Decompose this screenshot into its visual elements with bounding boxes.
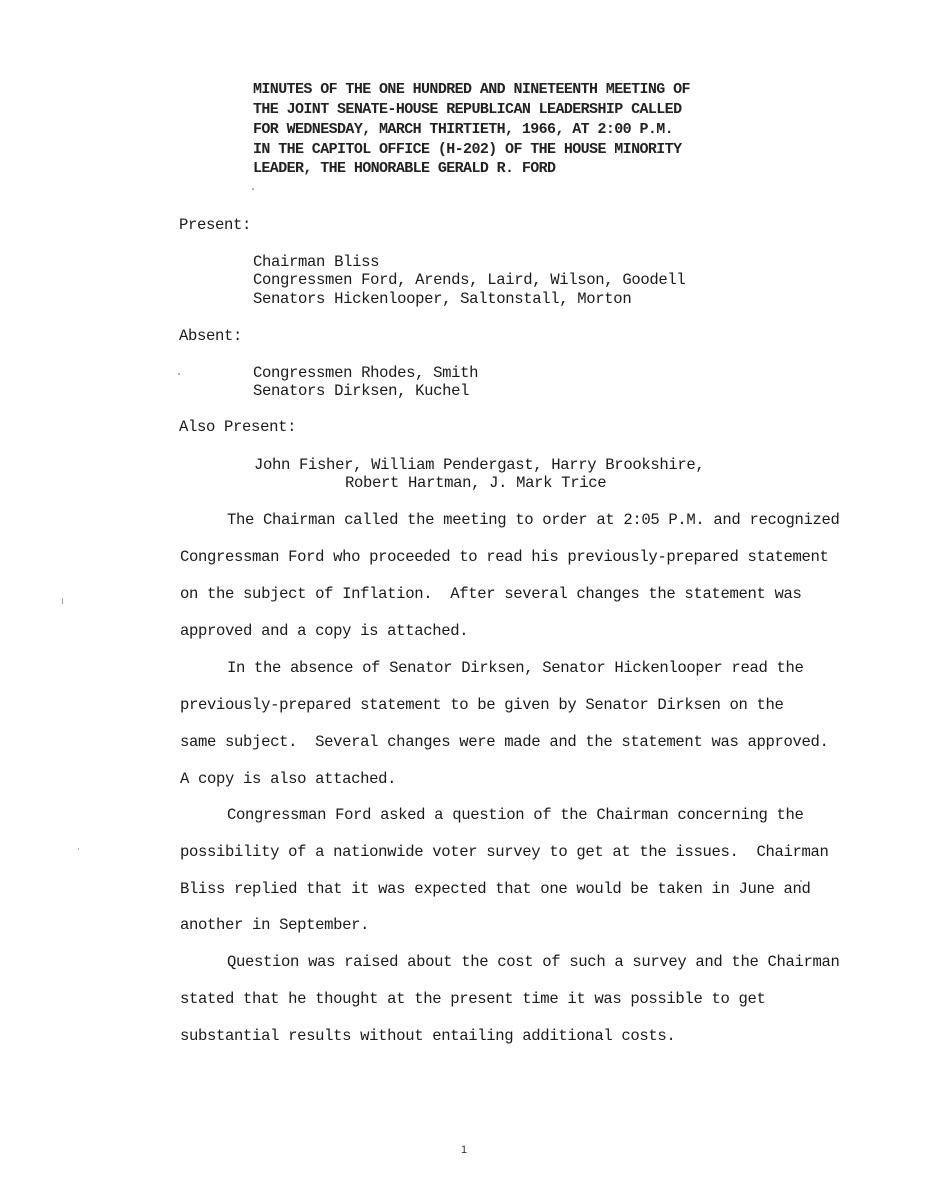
paragraph-line: on the subject of Inflation. After sever… [180, 585, 802, 603]
also-present-label: Also Present: [179, 418, 296, 436]
scan-speck [252, 188, 254, 190]
paragraph-line: approved and a copy is attached. [180, 622, 468, 640]
scan-speck [78, 848, 79, 850]
also-present-attendee: Robert Hartman, J. Mark Trice [345, 474, 606, 492]
heading-line: MINUTES OF THE ONE HUNDRED AND NINETEENT… [253, 81, 690, 99]
absent-member: Senators Dirksen, Kuchel [253, 382, 469, 400]
present-attendee: Chairman Bliss [253, 253, 379, 271]
heading-line: FOR WEDNESDAY, MARCH THIRTIETH, 1966, AT… [253, 121, 673, 139]
paragraph-line: Question was raised about the cost of su… [227, 953, 840, 971]
paragraph-line: same subject. Several changes were made … [180, 733, 829, 751]
paragraph-line: A copy is also attached. [180, 770, 396, 788]
heading-line: LEADER, THE HONORABLE GERALD R. FORD [253, 160, 555, 178]
paragraph-line: Congressman Ford asked a question of the… [227, 806, 804, 824]
paragraph-line: Bliss replied that it was expected that … [180, 880, 811, 898]
absent-label: Absent: [179, 327, 242, 345]
absent-member: Congressmen Rhodes, Smith [253, 364, 478, 382]
paragraph-line: Congressman Ford who proceeded to read h… [180, 548, 829, 566]
scan-speck [62, 598, 63, 604]
paragraph-line: another in September. [180, 916, 369, 934]
document-page: MINUTES OF THE ONE HUNDRED AND NINETEENT… [0, 0, 930, 1200]
paragraph-line: previously-prepared statement to be give… [180, 696, 784, 714]
present-label: Present: [179, 216, 251, 234]
page-number: 1 [461, 1144, 467, 1156]
paragraph-line: The Chairman called the meeting to order… [227, 511, 840, 529]
scan-speck [800, 880, 802, 882]
paragraph-line: possibility of a nationwide voter survey… [180, 843, 829, 861]
paragraph-line: substantial results without entailing ad… [180, 1027, 675, 1045]
paragraph-line: stated that he thought at the present ti… [180, 990, 766, 1008]
present-attendee: Congressmen Ford, Arends, Laird, Wilson,… [253, 271, 685, 289]
paragraph-line: In the absence of Senator Dirksen, Senat… [227, 659, 804, 677]
scan-speck [178, 373, 180, 375]
present-attendee: Senators Hickenlooper, Saltonstall, Mort… [253, 290, 631, 308]
heading-line: THE JOINT SENATE-HOUSE REPUBLICAN LEADER… [253, 101, 681, 119]
heading-line: IN THE CAPITOL OFFICE (H-202) OF THE HOU… [253, 141, 681, 159]
also-present-attendee: John Fisher, William Pendergast, Harry B… [254, 456, 704, 474]
